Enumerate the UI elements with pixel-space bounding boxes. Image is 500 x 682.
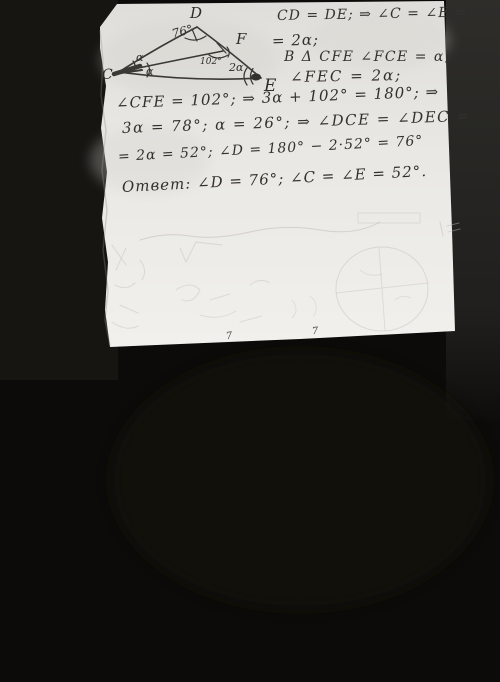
angle-label-e-2alpha: 2α	[229, 62, 243, 73]
stray-mark-7-right: 7	[311, 326, 318, 338]
background-right-strip	[446, 0, 500, 420]
solution-line-4: ∠FEC = 2α;	[290, 68, 402, 85]
vertex-label-c: C	[102, 68, 113, 82]
solution-line-3: В Δ CFE ∠FCE = α;	[284, 50, 451, 64]
angle-label-c-alpha-lower: α	[146, 66, 153, 77]
vertex-e-heavy-mark	[251, 74, 261, 81]
vertex-label-f: F	[236, 32, 246, 47]
angle-label-c-alpha-upper: α	[136, 52, 143, 63]
stray-mark-7-left: 7	[225, 331, 233, 343]
vertex-label-d: D	[190, 6, 202, 21]
solution-line-1: CD = DE; ⇒ ∠C = ∠E =	[277, 6, 468, 23]
angle-label-f-102: 102°	[200, 58, 222, 67]
photographed-homework-page: D C F E 76° α α 102° 2α CD = DE; ⇒ ∠C = …	[0, 0, 500, 682]
solution-line-2: = 2α;	[272, 32, 320, 49]
background-glow	[110, 350, 490, 610]
